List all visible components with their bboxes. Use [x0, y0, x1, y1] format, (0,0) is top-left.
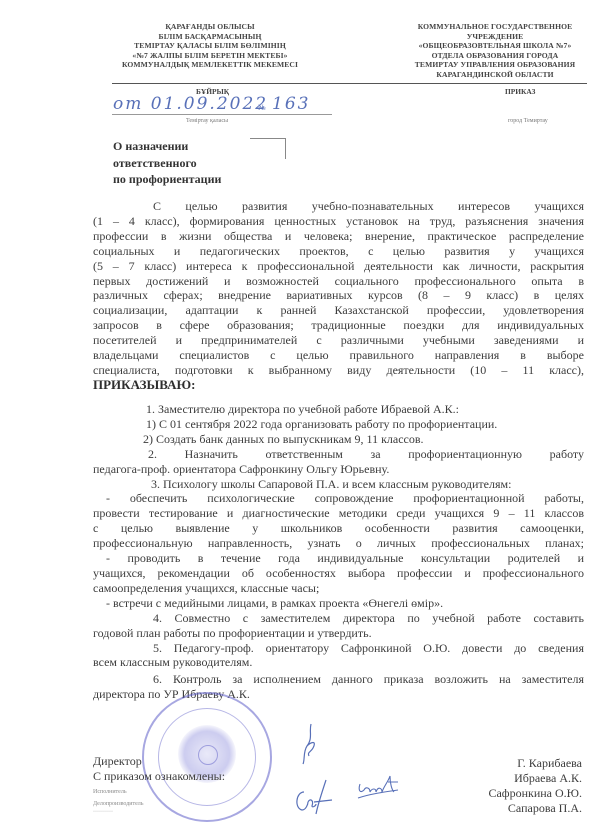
preamble-line: социализации, адаптации к ранней Казахст…: [93, 303, 584, 318]
preamble-line: (1 – 4 класс), формирования ценностных у…: [93, 214, 584, 229]
order-subject: О назначении ответственного по профориен…: [113, 138, 221, 188]
preamble-line: (5 – 7 класс) интереса к профессионально…: [93, 259, 584, 274]
signature-labels: Директор С приказом ознакомлены:: [93, 754, 225, 784]
footer-dots: ··········: [93, 809, 113, 815]
item-3-line: учащихся, рекомендации об особенностях в…: [93, 566, 584, 581]
acquainted-label: С приказом ознакомлены:: [93, 769, 225, 784]
safronkina-signature-icon: [292, 778, 342, 818]
header-right-line: КОММУНАЛЬНОЕ ГОСУДАРСТВЕННОЕ: [400, 22, 590, 32]
director-label: Директор: [93, 754, 225, 769]
header-divider: [112, 83, 587, 84]
city-ru: город Темиртау: [508, 118, 548, 124]
subject-line: по профориентации: [113, 171, 221, 188]
subject-line: О назначении: [113, 138, 221, 155]
header-right-line: КАРАГАНДИНСКОЙ ОБЛАСТИ: [400, 70, 590, 80]
preamble-line: С целью развития учебно-познавательных и…: [93, 199, 584, 214]
preamble-line: профессии в жизни общества и человека; в…: [93, 229, 584, 244]
item-5: 5. Педагогу-проф. ориентатору Сафронкино…: [93, 641, 584, 656]
item-1: 1. Заместителю директора по учебной рабо…: [93, 402, 584, 417]
name-ibraeva: Ибраева А.К.: [470, 771, 582, 786]
name-saparova: Сапарова П.А.: [470, 801, 582, 816]
order-title-ru: ПРИКАЗ: [505, 87, 535, 96]
item-3-line: профессиональную направленность, узнать …: [93, 536, 584, 551]
header-left-line: «№7 ЖАЛПЫ БІЛІМ БЕРЕТІН МЕКТЕБІ»: [110, 51, 310, 61]
number-sign: №: [258, 103, 266, 112]
name-karibaeva: Г. Карибаева: [470, 756, 582, 771]
item-4: 4. Совместно с заместителем директора по…: [93, 611, 584, 626]
header-left-line: ТЕМІРТАУ ҚАЛАСЫ БІЛІМ БӨЛІМІНІҢ: [110, 41, 310, 51]
preamble-line: первых достижений и возможностей социаль…: [93, 274, 584, 289]
item-3-line: - проводить в течение года индивидуальны…: [93, 551, 584, 566]
item-1-2: 2) Создать банк данных по выпускникам 9,…: [93, 432, 584, 447]
item-3-line: провести тестирование и диагностические …: [93, 506, 584, 521]
item-3-line: самоопределения учащихся, классные часы;: [93, 581, 584, 596]
city-kz: Теміртау қаласы: [186, 118, 228, 124]
header-right-line: «ОБЩЕОБРАЗОВТЕЛЬНАЯ ШКОЛА №7»: [400, 41, 590, 51]
footer-clerk: Делопроизводитель: [93, 801, 144, 807]
item-2-cont: педагога-проф. ориентатора Сафронкину Ол…: [93, 462, 584, 477]
header-left-kz: ҚАРАҒАНДЫ ОБЛЫСЫ БІЛІМ БАСҚАРМАСЫНЫҢ ТЕМ…: [110, 22, 310, 70]
header-left-line: КОММУНАЛДЫҚ МЕМЛЕКЕТТІК МЕКЕМЕСІ: [110, 60, 310, 70]
footer-executor: Исполнитель: [93, 789, 127, 795]
subject-corner-mark: [250, 138, 286, 159]
preamble-line: владельцами специалистов с целью правиль…: [93, 348, 584, 363]
header-right-line: ТЕМИРТАУ УПРАВЛЕНИЯ ОБРАЗОВАНИЯ: [400, 60, 590, 70]
header-right-line: ОТДЕЛА ОБРАЗОВАНИЯ ГОРОДА: [400, 51, 590, 61]
date-underline: [112, 114, 332, 115]
preamble: С целью развития учебно-познавательных и…: [93, 199, 584, 393]
ibraeva-signature-icon: [354, 772, 404, 807]
item-6: 6. Контроль за исполнением данного прика…: [93, 672, 584, 687]
director-signature-icon: [295, 722, 325, 767]
preamble-line: специалиста, подготовки к выбранному вид…: [93, 363, 584, 378]
preamble-line: социальных и педагогических проектов, с …: [93, 244, 584, 259]
name-safronkina: Сафронкина О.Ю.: [470, 786, 582, 801]
acquainted-names: Г. Карибаева Ибраева А.К. Сафронкина О.Ю…: [470, 756, 582, 816]
item-3: 3. Психологу школы Сапаровой П.А. и всем…: [93, 477, 584, 492]
preamble-line: различных сферах; внедрение вариативных …: [93, 288, 584, 303]
item-3-line: с целью выявление у школьников особеннос…: [93, 521, 584, 536]
order-word: ПРИКАЗЫВАЮ:: [93, 378, 584, 393]
item-6-cont: директора по УР Ибраеву А.К.: [93, 687, 584, 702]
preamble-line: посетителей и предпринимателей с различн…: [93, 333, 584, 348]
item-2: 2. Назначить ответственным за профориент…: [93, 447, 584, 462]
item-5-cont: всем классным руководителям.: [93, 655, 584, 670]
subject-line: ответственного: [113, 155, 221, 172]
item-1-1: 1) С 01 сентября 2022 года организовать …: [93, 417, 584, 432]
item-4-cont: годовой план работы по профориентации и …: [93, 626, 584, 641]
item-3-line: - обеспечить психологические сопровожден…: [93, 491, 584, 506]
header-right-ru: КОММУНАЛЬНОЕ ГОСУДАРСТВЕННОЕ УЧРЕЖДЕНИЕ …: [400, 22, 590, 80]
handwritten-number: 163: [272, 94, 310, 114]
order-items: 1. Заместителю директора по учебной рабо…: [93, 402, 584, 702]
preamble-line: запросов в сфере образования; традиционн…: [93, 318, 584, 333]
handwritten-date: от 01.09.2022: [113, 94, 268, 114]
header-left-line: БІЛІМ БАСҚАРМАСЫНЫҢ: [110, 32, 310, 42]
item-3-line: - встречи с медийными лицами, в рамках п…: [93, 596, 584, 611]
header-right-line: УЧРЕЖДЕНИЕ: [400, 32, 590, 42]
header-left-line: ҚАРАҒАНДЫ ОБЛЫСЫ: [110, 22, 310, 32]
